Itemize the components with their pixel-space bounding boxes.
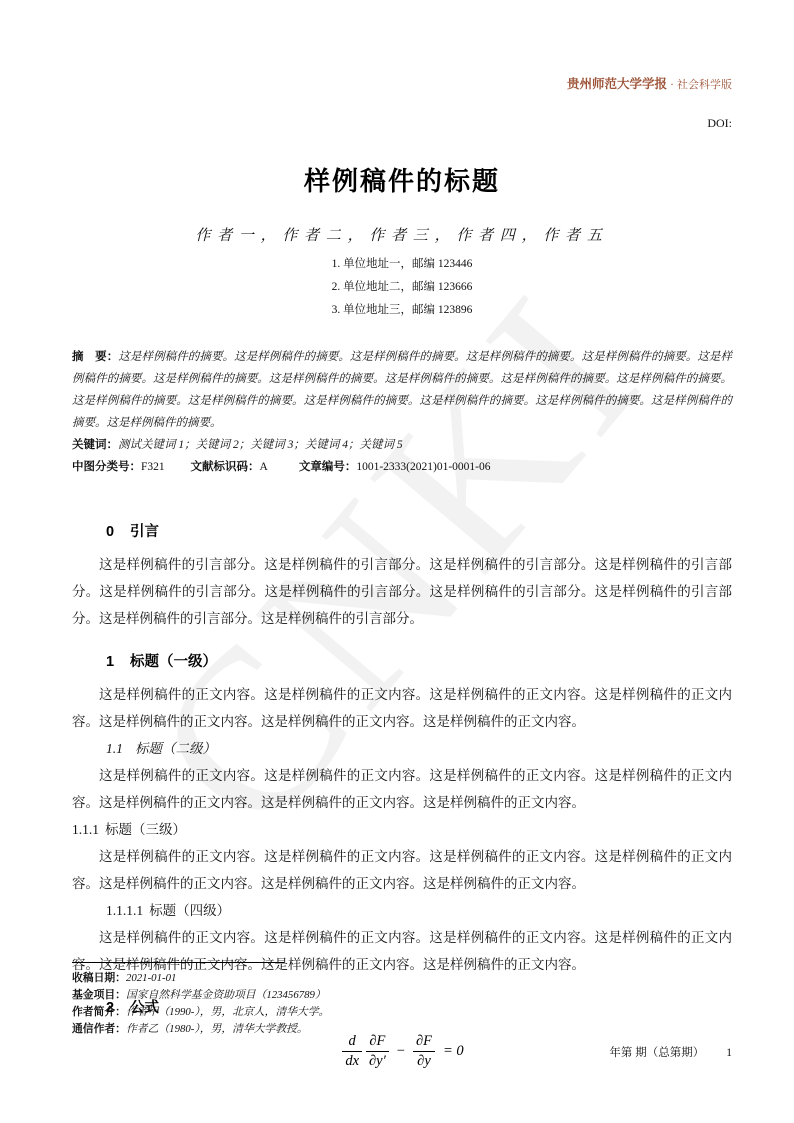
equals-zero: = 0 bbox=[443, 1043, 464, 1060]
minus-operator: − bbox=[397, 1043, 405, 1060]
section-heading-level1: 1标题（一级） bbox=[72, 650, 732, 671]
section-number: 0 bbox=[106, 524, 114, 540]
document-page: CNKI 贵州师范大学学报·社会科学版 DOI: 样例稿件的标题 作者一，作者二… bbox=[0, 0, 794, 1123]
keywords-text: 测试关键词 1；关键词 2；关键词 3；关键词 4；关键词 5 bbox=[118, 439, 403, 451]
section-number: 1.1.1.1 bbox=[106, 903, 143, 918]
abstract-text: 这是样例稿件的摘要。这是样例稿件的摘要。这是样例稿件的摘要。这是样例稿件的摘要。… bbox=[72, 351, 732, 429]
clc-value: F321 bbox=[141, 461, 165, 473]
fraction-dF-dy: ∂F ∂y bbox=[413, 1033, 435, 1070]
footnote-value: 国家自然科学基金资助项目（123456789） bbox=[126, 989, 326, 1001]
section-body: 这是样例稿件的引言部分。这是样例稿件的引言部分。这是样例稿件的引言部分。这是样例… bbox=[72, 551, 732, 632]
fraction-dF-dyprime: ∂F ∂y′ bbox=[366, 1033, 389, 1070]
article-id-value: 1001-2333(2021)01-0001-06 bbox=[356, 461, 490, 473]
journal-header: 贵州师范大学学报·社会科学版 bbox=[72, 74, 732, 92]
section-title: 标题（一级） bbox=[130, 654, 217, 670]
fraction-denominator: dx bbox=[342, 1052, 362, 1070]
footnote-label: 作者简介： bbox=[72, 1006, 126, 1018]
section-heading-intro: 0引言 bbox=[72, 520, 732, 541]
clc-label: 中图分类号： bbox=[72, 461, 141, 473]
footnote-label: 通信作者： bbox=[72, 1023, 126, 1035]
page-footer: 年第 期（总第期）1 bbox=[609, 1044, 732, 1060]
fraction-d-dx: d dx bbox=[342, 1033, 362, 1070]
doc-code-label: 文献标识码： bbox=[191, 461, 260, 473]
keywords-line: 关键词：测试关键词 1；关键词 2；关键词 3；关键词 4；关键词 5 bbox=[72, 434, 732, 456]
section-title: 引言 bbox=[130, 524, 159, 540]
affiliation-line: 3. 单位地址三，邮编 123896 bbox=[72, 299, 732, 322]
classification-line: 中图分类号：F321 文献标识码：A 文章编号：1001-2333(2021)0… bbox=[72, 456, 732, 478]
section-body: 这是样例稿件的正文内容。这是样例稿件的正文内容。这是样例稿件的正文内容。这是样例… bbox=[72, 762, 732, 816]
footnote-block: 收稿日期：2021-01-01 基金项目：国家自然科学基金资助项目（123456… bbox=[72, 962, 732, 1038]
footnote-label: 收稿日期： bbox=[72, 972, 126, 984]
section-number: 1 bbox=[106, 654, 114, 670]
issue-text: 年第 期（总第期） bbox=[609, 1047, 704, 1059]
affiliation-list: 1. 单位地址一，邮编 123446 2. 单位地址二，邮编 123666 3.… bbox=[72, 253, 732, 322]
footnote-received-date: 收稿日期：2021-01-01 bbox=[72, 970, 732, 987]
section-heading-level2: 1.1标题（二级） bbox=[72, 735, 732, 762]
article-id-label: 文章编号： bbox=[299, 461, 357, 473]
fraction-denominator: ∂y bbox=[413, 1052, 435, 1070]
journal-name: 贵州师范大学学报 bbox=[567, 77, 667, 91]
author-line: 作者一，作者二，作者三，作者四，作者五 bbox=[72, 224, 732, 245]
abstract-paragraph: 摘 要：这是样例稿件的摘要。这是样例稿件的摘要。这是样例稿件的摘要。这是样例稿件… bbox=[72, 346, 732, 434]
journal-separator-dot: · bbox=[670, 77, 674, 91]
keywords-label: 关键词： bbox=[72, 439, 118, 451]
affiliation-line: 2. 单位地址二，邮编 123666 bbox=[72, 276, 732, 299]
section-number: 1.1.1 bbox=[72, 822, 99, 837]
affiliation-line: 1. 单位地址一，邮编 123446 bbox=[72, 253, 732, 276]
page-number: 1 bbox=[726, 1047, 732, 1059]
footnote-funding: 基金项目：国家自然科学基金资助项目（123456789） bbox=[72, 987, 732, 1004]
doi-label: DOI: bbox=[72, 116, 732, 131]
abstract-label: 摘 要： bbox=[72, 351, 118, 363]
footnote-corresponding-author: 通信作者：作者乙（1980-），男，清华大学教授。 bbox=[72, 1021, 732, 1038]
fraction-denominator: ∂y′ bbox=[366, 1052, 389, 1070]
footnote-value: 作者甲（1990-），男，北京人，清华大学。 bbox=[126, 1006, 329, 1018]
section-title: 标题（三级） bbox=[105, 822, 186, 837]
footnote-divider bbox=[72, 962, 284, 963]
journal-edition: 社会科学版 bbox=[677, 79, 732, 91]
footnote-value: 2021-01-01 bbox=[126, 972, 176, 984]
section-heading-level3: 1.1.1标题（三级） bbox=[72, 816, 732, 843]
footnote-value: 作者乙（1980-），男，清华大学教授。 bbox=[126, 1023, 308, 1035]
doc-code-value: A bbox=[260, 461, 268, 473]
footnote-author-bio: 作者简介：作者甲（1990-），男，北京人，清华大学。 bbox=[72, 1004, 732, 1021]
section-body: 这是样例稿件的正文内容。这是样例稿件的正文内容。这是样例稿件的正文内容。这是样例… bbox=[72, 843, 732, 897]
section-number: 1.1 bbox=[106, 741, 123, 756]
section-title: 标题（二级） bbox=[135, 741, 216, 756]
section-body: 这是样例稿件的正文内容。这是样例稿件的正文内容。这是样例稿件的正文内容。这是样例… bbox=[72, 681, 732, 735]
section-title: 标题（四级） bbox=[149, 903, 230, 918]
section-heading-level4: 1.1.1.1标题（四级） bbox=[72, 897, 732, 924]
footnote-label: 基金项目： bbox=[72, 989, 126, 1001]
article-title: 样例稿件的标题 bbox=[72, 161, 732, 198]
